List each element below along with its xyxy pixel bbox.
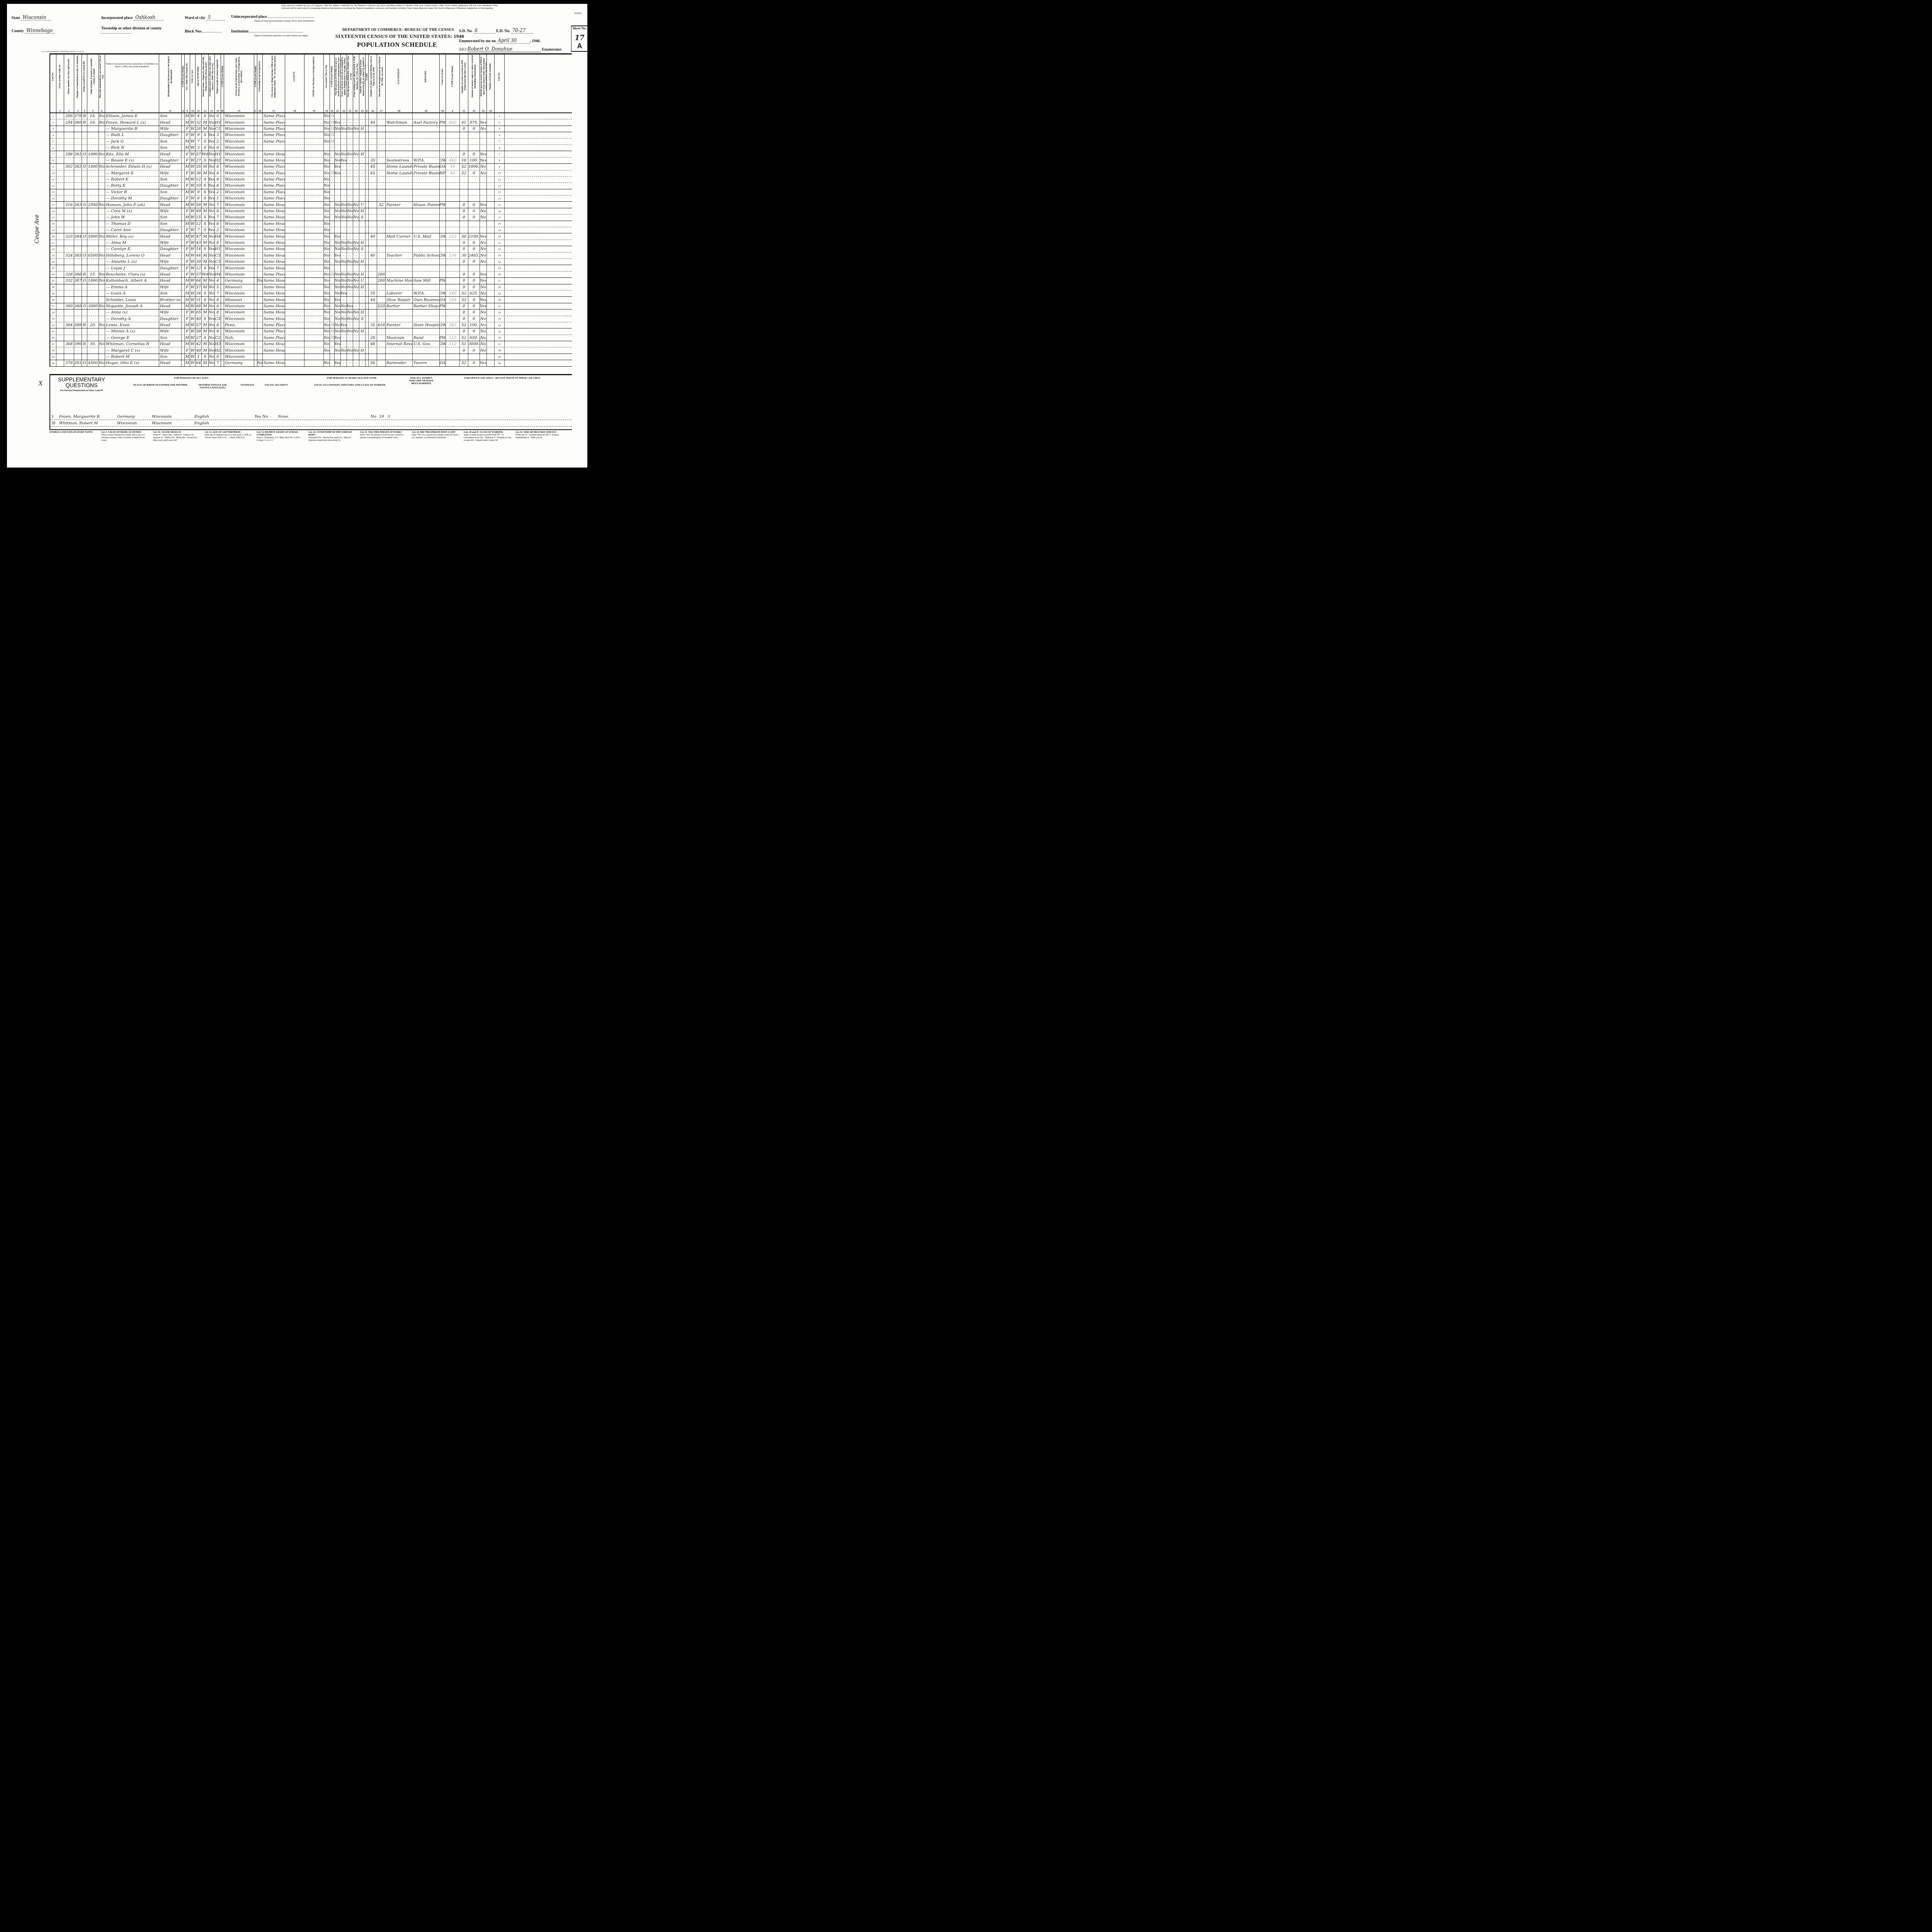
cell-cD bbox=[330, 291, 335, 296]
cell-line: 29 bbox=[50, 291, 56, 296]
cell-wks: 0 bbox=[460, 202, 468, 207]
cell-c23: - bbox=[347, 119, 353, 125]
cell-visit bbox=[74, 214, 82, 220]
cell-c22 bbox=[341, 221, 347, 227]
cell-cD: — bbox=[330, 145, 335, 151]
cell-cls bbox=[440, 240, 446, 246]
cell-blank bbox=[182, 151, 185, 157]
cell-blank bbox=[366, 233, 369, 239]
table-row: 28— Emma AWifeFW57MNo5MissouriSame House… bbox=[50, 284, 572, 291]
table-row: 5— Jack GSonMW7SYes2WisconsinSame PlaceN… bbox=[50, 139, 572, 145]
cell-other bbox=[480, 177, 487, 182]
cell-farm: No bbox=[99, 272, 105, 277]
cell-cls bbox=[440, 259, 446, 265]
cell-grade: C5 bbox=[215, 253, 221, 259]
cell-cit bbox=[257, 284, 263, 290]
cell-name: — Minnie A (x) bbox=[105, 328, 159, 334]
column-header-B: CODE (Leave blank)B bbox=[221, 54, 224, 112]
cell-blank bbox=[254, 310, 257, 315]
cell-blank bbox=[254, 316, 257, 322]
cell-c21: Yes bbox=[335, 360, 341, 366]
column-number: 20 bbox=[324, 110, 330, 112]
supp-married-women-header: FOR ALL WOMEN WHO ARE OR HAVE BEEN MARRI… bbox=[408, 377, 435, 385]
cell-sex: M bbox=[185, 189, 190, 195]
cell-value bbox=[87, 227, 99, 233]
cell-rel: Son bbox=[159, 335, 182, 341]
cell-own bbox=[82, 347, 87, 353]
cell-name: — Anna (x) bbox=[105, 310, 159, 315]
cell-c23 bbox=[347, 139, 353, 145]
cell-line: 36 bbox=[50, 335, 56, 341]
table-row: 11— Robert ESonMW12SYes8WisconsinSame Pl… bbox=[50, 177, 572, 183]
cell-line: 22 bbox=[495, 246, 505, 252]
cell-c21 bbox=[335, 183, 341, 189]
cell-school: No bbox=[209, 335, 215, 341]
cell-wks bbox=[460, 265, 468, 271]
cell-school: No bbox=[209, 240, 215, 246]
cell-other bbox=[480, 183, 487, 189]
cell-farmsch bbox=[487, 284, 495, 290]
cell-cit bbox=[257, 196, 263, 201]
cell-birth: Wisconsin bbox=[224, 259, 254, 265]
cell-other: No bbox=[480, 328, 487, 334]
cell-birth: Wisconsin bbox=[224, 202, 254, 207]
cell-code: 134 bbox=[446, 253, 460, 259]
cell-c25: S bbox=[359, 316, 366, 322]
supplementary-title-block: SUPPLEMENTARY QUESTIONS For Persons Enum… bbox=[53, 377, 111, 392]
cell-cD bbox=[330, 183, 335, 189]
cell-cit bbox=[257, 170, 263, 176]
supp-cell-line: 39 bbox=[50, 421, 58, 425]
cell-c23 bbox=[347, 227, 353, 233]
column-number: 32 bbox=[468, 110, 480, 112]
supplementary-title: SUPPLEMENTARY QUESTIONS bbox=[53, 377, 111, 388]
cell-wages bbox=[468, 132, 480, 138]
cell-blank bbox=[285, 145, 304, 151]
enumerated-date: April 30 bbox=[497, 38, 530, 44]
cell-c20: No bbox=[324, 158, 330, 163]
cell-c20: No bbox=[324, 328, 330, 334]
cell-code bbox=[446, 354, 460, 360]
cell-wages: 0 bbox=[468, 214, 480, 220]
cell-blank bbox=[254, 253, 257, 259]
cell-name: — Carol Ann bbox=[105, 227, 159, 233]
cell-mar: S bbox=[202, 158, 209, 163]
cell-wages bbox=[468, 113, 480, 119]
cell-birth: Wisconsin bbox=[224, 183, 254, 189]
cell-blank bbox=[366, 316, 369, 322]
cell-c23: No bbox=[347, 316, 353, 322]
cell-house_no bbox=[64, 284, 74, 290]
cell-farmsch bbox=[487, 189, 495, 195]
cell-blank bbox=[366, 132, 369, 138]
cell-hrs bbox=[369, 316, 377, 322]
cell-blank bbox=[56, 272, 64, 277]
column-label: Does this household live on a farm? (Yes… bbox=[99, 55, 104, 98]
cell-house_no: 324 bbox=[64, 253, 74, 259]
cell-c20: No bbox=[324, 113, 330, 119]
institution-field: Institution bbox=[231, 29, 303, 34]
cell-c20: No bbox=[324, 265, 330, 271]
cell-grade: H2 bbox=[215, 158, 221, 163]
cell-occ: Home Laundry bbox=[386, 164, 413, 170]
cell-other bbox=[480, 139, 487, 145]
cell-blank bbox=[285, 328, 304, 334]
cell-occ bbox=[386, 316, 413, 322]
cell-ind: State Hospital bbox=[413, 322, 440, 328]
cell-blank bbox=[366, 139, 369, 145]
cell-cD bbox=[330, 196, 335, 201]
cell-c23: No bbox=[347, 126, 353, 132]
cell-c24 bbox=[353, 196, 359, 201]
cell-visit bbox=[74, 284, 82, 290]
cell-c20: No bbox=[324, 151, 330, 157]
cell-school: No bbox=[209, 354, 215, 360]
table-row: 13— Victor RSonMW9SYes2WisconsinSame Pla… bbox=[50, 189, 572, 196]
cell-line: 28 bbox=[495, 284, 505, 290]
cell-school: No bbox=[209, 310, 215, 315]
cell-cD: XOXO bbox=[330, 113, 335, 119]
cell-age: 32 bbox=[196, 119, 202, 125]
cell-cls bbox=[440, 265, 446, 271]
column-header-5: Value of home, if owned, or monthly rent… bbox=[87, 54, 99, 112]
cell-birth: Missouri bbox=[224, 297, 254, 303]
column-label: Home owned (O) or rented (R) bbox=[83, 55, 86, 98]
cell-blank bbox=[285, 354, 304, 360]
cell-other bbox=[480, 113, 487, 119]
cell-value bbox=[87, 196, 99, 201]
cell-hrs bbox=[369, 208, 377, 214]
cell-own bbox=[82, 297, 87, 303]
cell-value bbox=[87, 291, 99, 296]
cell-farmsch bbox=[487, 233, 495, 239]
cell-res: Same Place bbox=[263, 119, 285, 125]
supp-cell-name: Whitman, Robert M bbox=[58, 421, 116, 425]
cell-wages: 2100. bbox=[468, 233, 480, 239]
cell-c22: No bbox=[341, 259, 347, 265]
cell-race: W bbox=[190, 158, 196, 163]
cell-occ bbox=[386, 145, 413, 151]
cell-ind bbox=[413, 284, 440, 290]
cell-grade: 0 bbox=[215, 354, 221, 360]
cell-school: No bbox=[209, 272, 215, 277]
cell-cls bbox=[440, 139, 446, 145]
cell-blank bbox=[56, 259, 64, 265]
cell-age: 36 bbox=[196, 170, 202, 176]
cell-sex: M bbox=[185, 164, 190, 170]
cell-c20: No bbox=[324, 177, 330, 182]
table-row: 40376391O4500NoHogar, Otto E (x)HeadMW64… bbox=[50, 360, 572, 366]
cell-grade: 2 bbox=[215, 139, 221, 145]
cell-name: — Dorothy M bbox=[105, 196, 159, 201]
cell-name: Schroeder, Edwin H (x) bbox=[105, 164, 159, 170]
cell-age: 40 bbox=[196, 316, 202, 322]
cell-other: Yes bbox=[480, 297, 487, 303]
cell-value bbox=[87, 259, 99, 265]
cell-blank bbox=[182, 246, 185, 252]
cell-cD bbox=[330, 246, 335, 252]
cell-rel: Wife bbox=[159, 170, 182, 176]
cell-farm bbox=[99, 227, 105, 233]
cell-code bbox=[446, 272, 460, 277]
cell-c21: No bbox=[335, 316, 341, 322]
cell-hrs bbox=[369, 284, 377, 290]
column-number: 27 bbox=[377, 110, 385, 112]
cell-cD: — bbox=[330, 354, 335, 360]
cell-cls bbox=[440, 183, 446, 189]
supp-cell-c48: No bbox=[369, 415, 378, 419]
cell-race: W bbox=[190, 151, 196, 157]
cell-hrs: 45 bbox=[369, 164, 377, 170]
cell-c25: H bbox=[359, 284, 366, 290]
column-number: C bbox=[254, 110, 257, 112]
cell-farm: No bbox=[99, 113, 105, 119]
cell-hrs bbox=[369, 145, 377, 151]
printing-office-note: U. S. GOVERNMENT PRINTING OFFICE 16-1157… bbox=[42, 51, 84, 53]
cell-farmsch bbox=[487, 341, 495, 347]
cell-ind: Axel Factory bbox=[413, 119, 440, 125]
cell-c22: No bbox=[341, 246, 347, 252]
cell-blank bbox=[304, 265, 324, 271]
ward-field: Ward of city 5 bbox=[185, 15, 225, 20]
cell-c20: No bbox=[324, 139, 330, 145]
legend-title: Col. 21. WAS THIS PERSON AT WORK? bbox=[360, 431, 410, 434]
cell-c24: - bbox=[353, 119, 359, 125]
cell-house_no bbox=[64, 208, 74, 214]
legend-block: Col. 21. WAS THIS PERSON AT WORK?Enter "… bbox=[360, 431, 410, 439]
cell-farmsch bbox=[487, 183, 495, 189]
column-header-10: Color or race10 bbox=[190, 54, 196, 112]
cell-wages bbox=[468, 354, 480, 360]
cell-age: 6 bbox=[196, 196, 202, 201]
legend-title: SYMBOLS AND EXPLANATORY NOTES bbox=[49, 431, 99, 434]
cell-visit bbox=[74, 145, 82, 151]
cell-mar: M bbox=[202, 278, 209, 284]
cell-blank bbox=[285, 208, 304, 214]
cell-blank bbox=[254, 291, 257, 296]
cell-blank bbox=[182, 214, 185, 220]
township-field: Township or other division of county bbox=[101, 26, 179, 35]
cell-house_no bbox=[64, 214, 74, 220]
cell-blank bbox=[254, 158, 257, 163]
cell-c23 bbox=[347, 196, 353, 201]
cell-unemp bbox=[377, 297, 386, 303]
cell-wks: 52 bbox=[460, 322, 468, 328]
cell-school: No bbox=[209, 158, 215, 163]
cell-blank bbox=[285, 310, 304, 315]
cell-blank bbox=[182, 278, 185, 284]
cell-line: 10 bbox=[495, 170, 505, 176]
cell-c21: No bbox=[335, 278, 341, 284]
cell-c21: No bbox=[335, 246, 341, 252]
cell-hrs bbox=[369, 151, 377, 157]
cell-rel: Daughter bbox=[159, 196, 182, 201]
cell-other: No bbox=[480, 284, 487, 290]
cell-race: W bbox=[190, 189, 196, 195]
column-label: Was this person SEEKING WORK? (Yes or No… bbox=[347, 55, 352, 98]
cell-line: 40 bbox=[50, 360, 56, 366]
cell-blank bbox=[221, 113, 224, 119]
cell-c24 bbox=[353, 132, 359, 138]
cell-blank bbox=[366, 297, 369, 303]
cell-cls bbox=[440, 151, 446, 157]
cell-cit bbox=[257, 189, 263, 195]
sd-ed-field: S.D. No. 6 E.D. No. 70-27 bbox=[459, 28, 533, 34]
cell-school: No bbox=[209, 164, 215, 170]
cell-wks: 52 bbox=[460, 335, 468, 341]
column-number: 18 bbox=[285, 110, 304, 112]
cell-grade: 7 bbox=[215, 265, 221, 271]
cell-cls bbox=[440, 272, 446, 277]
cell-c23: - bbox=[347, 322, 353, 328]
cell-wks: 52 bbox=[460, 164, 468, 170]
cell-other: No bbox=[480, 335, 487, 341]
cell-c23: - bbox=[347, 360, 353, 366]
cell-farm bbox=[99, 170, 105, 176]
cell-own bbox=[82, 139, 87, 145]
cell-c21: No bbox=[335, 347, 341, 353]
cell-line: 25 bbox=[495, 265, 505, 271]
legend-title: Col. 14. HIGHEST GRADE OF SCHOOL COMPLET… bbox=[257, 431, 306, 437]
cell-blank bbox=[56, 139, 64, 145]
cell-hrs bbox=[369, 347, 377, 353]
cell-c23: - bbox=[347, 291, 353, 296]
cell-age: 68 bbox=[196, 303, 202, 309]
cell-ind: Public School bbox=[413, 253, 440, 259]
cell-race: W bbox=[190, 335, 196, 341]
cell-code bbox=[446, 221, 460, 227]
cell-hrs bbox=[369, 278, 377, 284]
cell-hrs: 48 bbox=[369, 341, 377, 347]
cell-line: 4 bbox=[50, 132, 56, 138]
cell-birth: Wisconsin bbox=[224, 310, 254, 315]
cell-line: 31 bbox=[495, 303, 505, 309]
cell-res: Same Place bbox=[263, 170, 285, 176]
column-header-2: House number (in cities and towns)2 bbox=[64, 54, 74, 112]
column-number: 29 bbox=[413, 110, 439, 112]
cell-cD bbox=[330, 303, 335, 309]
cell-farm: No bbox=[99, 151, 105, 157]
cell-line: 4 bbox=[495, 132, 505, 138]
column-label: Line No. bbox=[498, 55, 501, 98]
cell-farmsch bbox=[487, 303, 495, 309]
cell-occ bbox=[386, 126, 413, 132]
cell-c20: No bbox=[324, 335, 330, 341]
cell-rel: Head bbox=[159, 303, 182, 309]
cell-line: 16 bbox=[495, 208, 505, 214]
cell-blank bbox=[56, 151, 64, 157]
cell-cD bbox=[330, 360, 335, 366]
table-row: 10— Margaret EWifeFW36MNo8WisconsinSame … bbox=[50, 170, 572, 177]
cell-blank bbox=[254, 341, 257, 347]
cell-sex: M bbox=[185, 119, 190, 125]
cell-c24: - bbox=[353, 233, 359, 239]
column-label: CODE bbox=[366, 55, 369, 98]
cell-cit bbox=[257, 227, 263, 233]
cell-occ bbox=[386, 354, 413, 360]
cell-name: Lewis, Evan bbox=[105, 322, 159, 328]
cell-c20: No bbox=[324, 126, 330, 132]
cell-birth: Wisconsin bbox=[224, 126, 254, 132]
cell-cls bbox=[440, 316, 446, 322]
cell-blank bbox=[182, 272, 185, 277]
cell-race: W bbox=[190, 126, 196, 132]
cell-code bbox=[446, 240, 460, 246]
cell-occ: Mail Carrier bbox=[386, 233, 413, 239]
cell-hrs: 28 bbox=[369, 335, 377, 341]
cell-hrs bbox=[369, 177, 377, 182]
column-label: On a farm? (Yes or No) bbox=[325, 55, 328, 98]
cell-school: No bbox=[209, 322, 215, 328]
cell-line: 13 bbox=[495, 189, 505, 195]
cell-birth: Wisconsin bbox=[224, 233, 254, 239]
cell-value: 2950 bbox=[87, 202, 99, 207]
cell-res: Same House bbox=[263, 253, 285, 259]
cell-blank bbox=[221, 196, 224, 201]
cell-cD: XOXO bbox=[330, 322, 335, 328]
cell-race: W bbox=[190, 214, 196, 220]
cell-wks: 0 bbox=[460, 259, 468, 265]
cell-name: — Loyse J bbox=[105, 265, 159, 271]
cell-blank bbox=[182, 240, 185, 246]
cell-cit bbox=[257, 316, 263, 322]
cell-occ: Bartender bbox=[386, 360, 413, 366]
cell-res bbox=[263, 354, 285, 360]
cell-sex: M bbox=[185, 139, 190, 145]
cell-c21: Yes bbox=[335, 253, 341, 259]
cell-unemp bbox=[377, 183, 386, 189]
cell-occ: Musician bbox=[386, 335, 413, 341]
cell-c22: No bbox=[341, 151, 347, 157]
cell-sex: M bbox=[185, 335, 190, 341]
cell-school: No bbox=[209, 347, 215, 353]
cell-value bbox=[87, 158, 99, 163]
cell-house_no bbox=[64, 139, 74, 145]
cell-blank bbox=[304, 335, 324, 341]
cell-name: — John W bbox=[105, 214, 159, 220]
cell-blank bbox=[254, 145, 257, 151]
cell-house_no: 286 bbox=[64, 113, 74, 119]
cell-blank bbox=[56, 202, 64, 207]
cell-race: W bbox=[190, 177, 196, 182]
cell-res: Same Place bbox=[263, 126, 285, 132]
cell-sex: M bbox=[185, 145, 190, 151]
cell-sex: F bbox=[185, 265, 190, 271]
table-row: 22— Carolyn E.DaughterFW14SYesH1Wisconsi… bbox=[50, 246, 572, 252]
cell-blank bbox=[56, 354, 64, 360]
cell-mar: S bbox=[202, 145, 209, 151]
cell-blank bbox=[221, 126, 224, 132]
cell-ind bbox=[413, 113, 440, 119]
supp-cell-c49: 19 bbox=[378, 415, 386, 419]
column-number: 25 bbox=[359, 110, 365, 112]
cell-name: — Robert E bbox=[105, 177, 159, 182]
cell-cls: OA bbox=[440, 164, 446, 170]
cell-c22: No bbox=[341, 214, 347, 220]
column-number: 4 bbox=[82, 110, 87, 112]
cell-blank bbox=[254, 297, 257, 303]
cell-unemp bbox=[377, 177, 386, 182]
cell-rel: Head bbox=[159, 164, 182, 170]
cell-c24: No bbox=[353, 202, 359, 207]
cell-c21: Yes bbox=[335, 335, 341, 341]
cell-blank bbox=[285, 259, 304, 265]
cell-sex: M bbox=[185, 253, 190, 259]
cell-c24 bbox=[353, 183, 359, 189]
cell-c24: - bbox=[353, 303, 359, 309]
cell-house_no bbox=[64, 316, 74, 322]
legend-title: Cols. 30 and 47. CLASS OF WORKER: bbox=[464, 431, 513, 434]
